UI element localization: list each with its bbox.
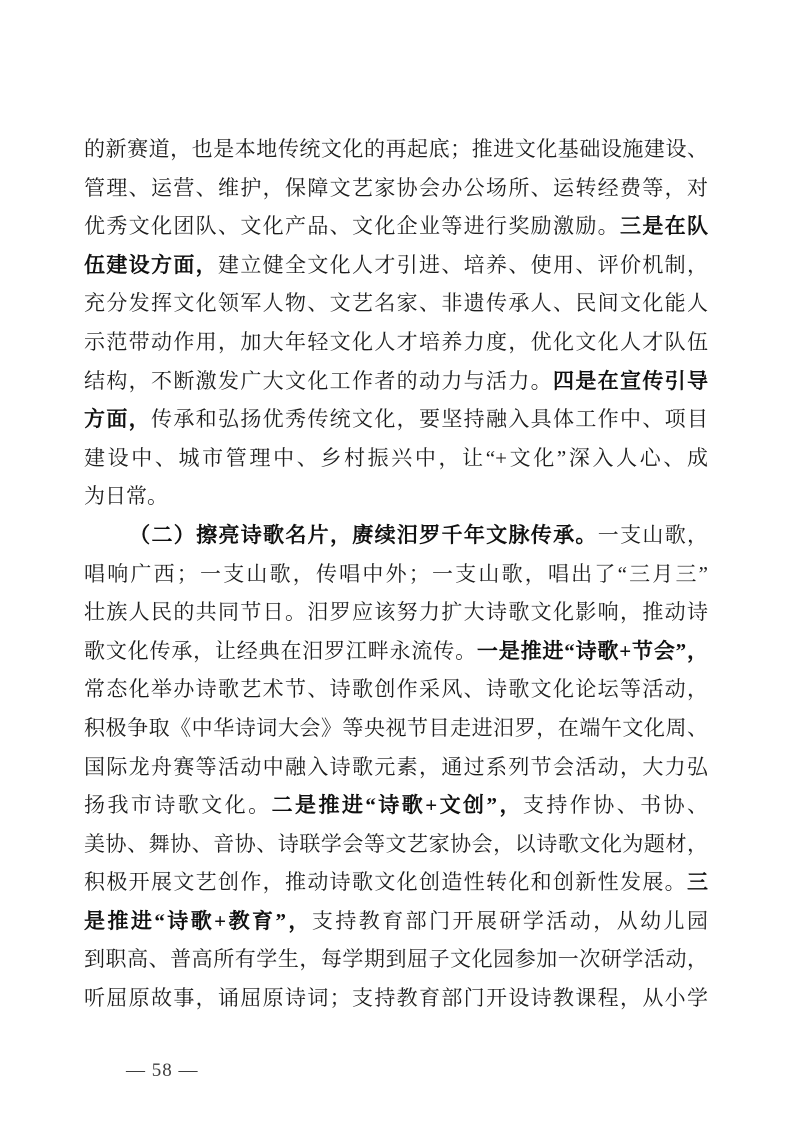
text-line: 歌文化传承，让经典在汨罗江畔永流传。一是推进“诗歌+节会”，	[84, 632, 708, 671]
emphasis-text: 三是在队	[620, 214, 708, 238]
text-line: 常态化举办诗歌艺术节、诗歌创作采风、诗歌文化论坛等活动，	[84, 670, 708, 709]
emphasis-text: 三	[687, 870, 708, 894]
text-line: 的新赛道，也是本地传统文化的再起底；推进文化基础设施建设、	[84, 130, 708, 169]
text-line: 听屈原故事，诵屈原诗词；支持教育部门开设诗教课程，从小学	[84, 979, 708, 1018]
document-body: 的新赛道，也是本地传统文化的再起底；推进文化基础设施建设、管理、运营、维护，保障…	[84, 130, 708, 1018]
emphasis-text: （二）擦亮诗歌名片，赓续汨罗千年文脉传承。	[129, 523, 598, 547]
text-line: 积极争取《中华诗词大会》等央视节目走进汨罗，在端午文化周、	[84, 709, 708, 748]
text-line: 为日常。	[84, 477, 708, 516]
body-text: 歌文化传承，让经典在汨罗江畔永流传。	[84, 639, 477, 663]
body-text: 积极开展文艺创作，推动诗歌文化创造性转化和创新性发展。	[84, 870, 687, 894]
text-line: 建设中、城市管理中、乡村振兴中，让“+文化”深入人心、成	[84, 439, 708, 478]
body-text: 唱响广西；一支山歌，传唱中外；一支山歌，唱出了“三月三”	[84, 562, 708, 586]
body-text: 支持作协、书协、	[523, 793, 708, 817]
emphasis-text: 伍建设方面，	[84, 253, 218, 277]
body-text: 一支山歌，	[598, 523, 708, 547]
text-line: 扬我市诗歌文化。二是推进“诗歌+文创”，支持作协、书协、	[84, 786, 708, 825]
text-line: 美协、舞协、音协、诗联学会等文艺家协会，以诗歌文化为题材，	[84, 825, 708, 864]
emphasis-text: 一是推进“诗歌+节会”，	[477, 639, 708, 663]
text-line: 是推进“诗歌+教育”，支持教育部门开展研学活动，从幼儿园	[84, 902, 708, 941]
text-line: 到职高、普高所有学生，每学期到屈子文化园参加一次研学活动，	[84, 940, 708, 979]
text-line: 积极开展文艺创作，推动诗歌文化创造性转化和创新性发展。三	[84, 863, 708, 902]
body-text: 建设中、城市管理中、乡村振兴中，让“+文化”深入人心、成	[84, 446, 708, 470]
text-line: 方面，传承和弘扬优秀传统文化，要坚持融入具体工作中、项目	[84, 400, 708, 439]
text-line: 唱响广西；一支山歌，传唱中外；一支山歌，唱出了“三月三”	[84, 555, 708, 594]
body-text: 支持教育部门开展研学活动，从幼儿园	[312, 909, 708, 933]
emphasis-text: 四是在宣传引导	[553, 369, 708, 393]
emphasis-text: 方面，	[84, 407, 151, 431]
body-text: 管理、运营、维护，保障文艺家协会办公场所、运转经费等，对	[84, 176, 708, 200]
body-text: 优秀文化团队、文化产品、文化企业等进行奖励激励。	[84, 214, 620, 238]
body-text: 常态化举办诗歌艺术节、诗歌创作采风、诗歌文化论坛等活动，	[84, 677, 708, 701]
text-line: 优秀文化团队、文化产品、文化企业等进行奖励激励。三是在队	[84, 207, 708, 246]
body-text: 传承和弘扬优秀传统文化，要坚持融入具体工作中、项目	[151, 407, 708, 431]
page-footer: — 58 —	[103, 1038, 199, 1104]
text-line: （二）擦亮诗歌名片，赓续汨罗千年文脉传承。一支山歌，	[84, 516, 708, 555]
text-line: 充分发挥文化领军人物、文艺名家、非遗传承人、民间文化能人	[84, 284, 708, 323]
body-text: 扬我市诗歌文化。	[84, 793, 272, 817]
body-text: 结构，不断激发广大文化工作者的动力与活力。	[84, 369, 553, 393]
body-text: 到职高、普高所有学生，每学期到屈子文化园参加一次研学活动，	[84, 947, 708, 971]
text-line: 壮族人民的共同节日。汨罗应该努力扩大诗歌文化影响，推动诗	[84, 593, 708, 632]
text-line: 国际龙舟赛等活动中融入诗歌元素，通过系列节会活动，大力弘	[84, 748, 708, 787]
text-line: 结构，不断激发广大文化工作者的动力与活力。四是在宣传引导	[84, 362, 708, 401]
text-line: 伍建设方面，建立健全文化人才引进、培养、使用、评价机制，	[84, 246, 708, 285]
body-text: 建立健全文化人才引进、培养、使用、评价机制，	[218, 253, 708, 277]
body-text: 美协、舞协、音协、诗联学会等文艺家协会，以诗歌文化为题材，	[84, 832, 708, 856]
body-text: 听屈原故事，诵屈原诗词；支持教育部门开设诗教课程，从小学	[84, 986, 708, 1010]
text-line: 管理、运营、维护，保障文艺家协会办公场所、运转经费等，对	[84, 169, 708, 208]
body-text: 积极争取《中华诗词大会》等央视节目走进汨罗，在端午文化周、	[84, 716, 708, 740]
emphasis-text: 是推进“诗歌+教育”，	[84, 909, 312, 933]
text-line: 示范带动作用，加大年轻文化人才培养力度，优化文化人才队伍	[84, 323, 708, 362]
body-text: 充分发挥文化领军人物、文艺名家、非遗传承人、民间文化能人	[84, 291, 708, 315]
body-text: 示范带动作用，加大年轻文化人才培养力度，优化文化人才队伍	[84, 330, 708, 354]
emphasis-text: 二是推进“诗歌+文创”，	[272, 793, 523, 817]
body-text: 国际龙舟赛等活动中融入诗歌元素，通过系列节会活动，大力弘	[84, 755, 708, 779]
body-text: 为日常。	[84, 484, 168, 508]
body-text: 壮族人民的共同节日。汨罗应该努力扩大诗歌文化影响，推动诗	[84, 600, 708, 624]
body-text: 的新赛道，也是本地传统文化的再起底；推进文化基础设施建设、	[84, 137, 708, 161]
page-number: — 58 —	[126, 1060, 199, 1081]
document-page: 的新赛道，也是本地传统文化的再起底；推进文化基础设施建设、管理、运营、维护，保障…	[0, 0, 793, 1122]
